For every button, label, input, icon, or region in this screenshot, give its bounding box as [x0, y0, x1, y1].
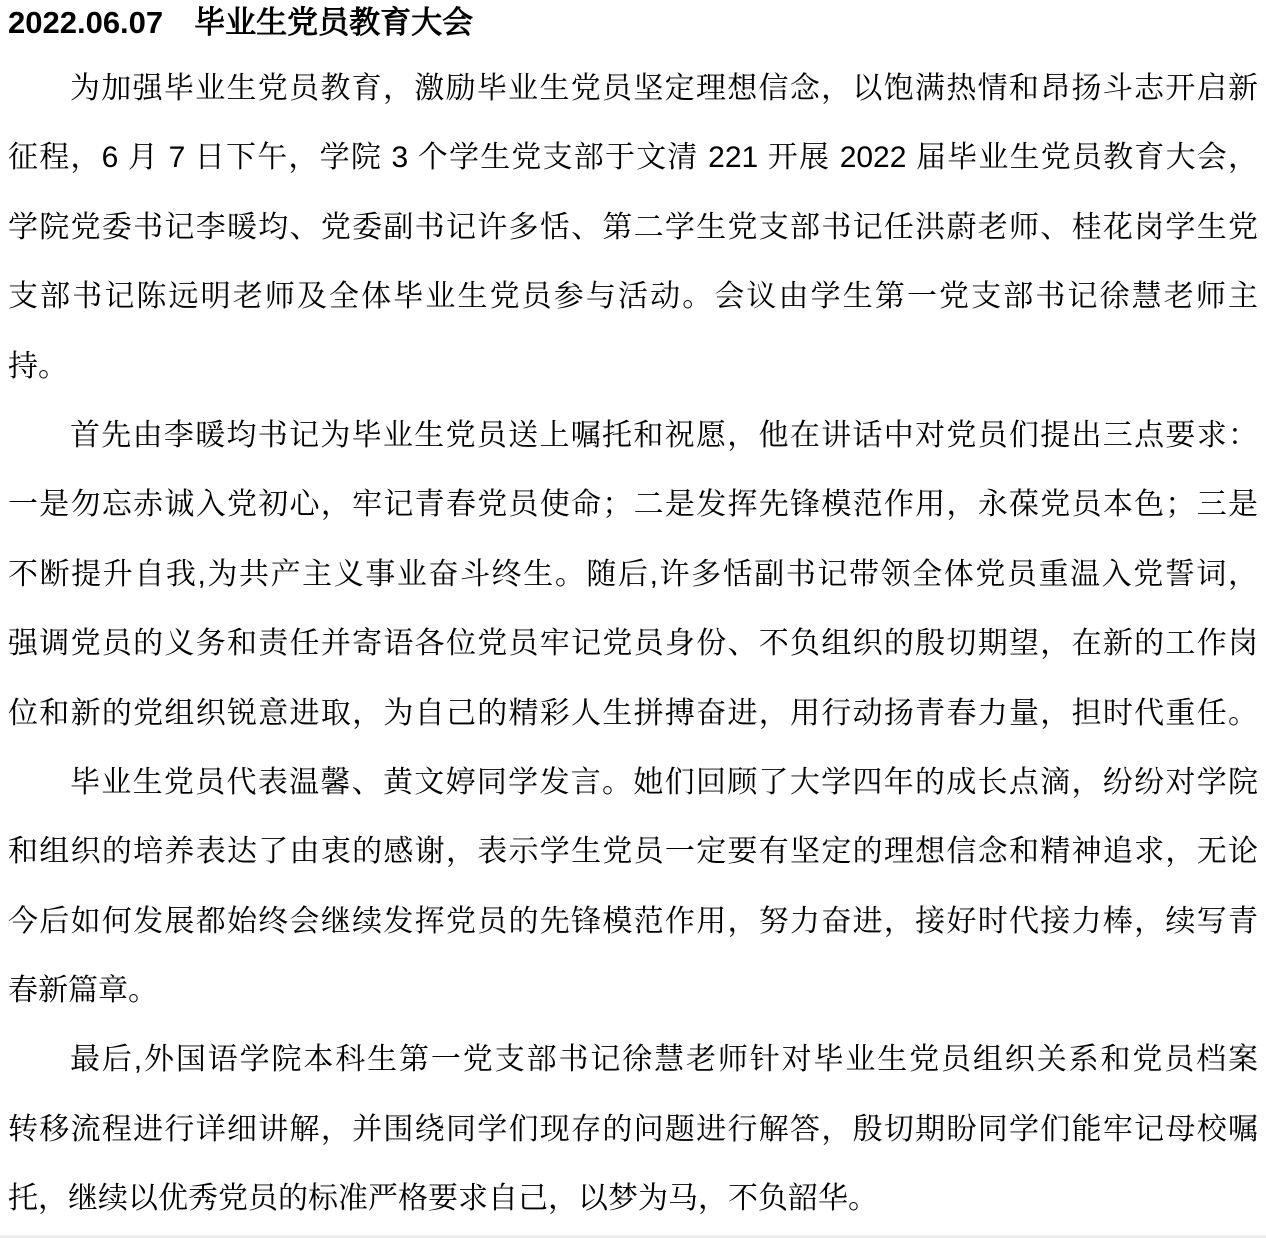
paragraph-line: 春新篇章。 — [8, 956, 1258, 1025]
paragraph-3: 毕业生党员代表温馨、黄文婷同学发言。她们回顾了大学四年的成长点滴，纷纷对学院 和… — [8, 748, 1258, 1026]
paragraph-line: 一是勿忘赤诚入党初心，牢记青春党员使命；二是发挥先锋模范作用，永葆党员本色；三是 — [8, 470, 1258, 539]
paragraph-4: 最后,外国语学院本科生第一党支部书记徐慧老师针对毕业生党员组织关系和党员档案 转… — [8, 1025, 1258, 1233]
paragraph-line: 毕业生党员代表温馨、黄文婷同学发言。她们回顾了大学四年的成长点滴，纷纷对学院 — [8, 748, 1258, 817]
paragraph-line: 转移流程进行详细讲解，并围绕同学们现存的问题进行解答，殷切期盼同学们能牢记母校嘱 — [8, 1095, 1258, 1164]
paragraph-line: 支部书记陈远明老师及全体毕业生党员参与活动。会议由学生第一党支部书记徐慧老师主 — [8, 262, 1258, 331]
paragraph-line: 和组织的培养表达了由衷的感谢，表示学生党员一定要有坚定的理想信念和精神追求，无论 — [8, 817, 1258, 886]
paragraph-line: 持。 — [8, 332, 1258, 401]
document-body: 为加强毕业生党员教育，激励毕业生党员坚定理想信念，以饱满热情和昂扬斗志开启新 征… — [0, 54, 1266, 1234]
page-title: 2022.06.07 毕业生党员教育大会 — [0, 0, 1266, 40]
paragraph-line: 托，继续以优秀党员的标准严格要求自己，以梦为马，不负韶华。 — [8, 1164, 1258, 1233]
paragraph-line: 征程，6 月 7 日下午，学院 3 个学生党支部于文清 221 开展 2022 … — [8, 123, 1258, 192]
paragraph-2: 首先由李暖均书记为毕业生党员送上嘱托和祝愿，他在讲话中对党员们提出三点要求： 一… — [8, 401, 1258, 748]
paragraph-line: 最后,外国语学院本科生第一党支部书记徐慧老师针对毕业生党员组织关系和党员档案 — [8, 1025, 1258, 1094]
paragraph-line: 为加强毕业生党员教育，激励毕业生党员坚定理想信念，以饱满热情和昂扬斗志开启新 — [8, 54, 1258, 123]
document-page: { "page": { "background_color": "#ffffff… — [0, 0, 1266, 1238]
paragraph-line: 不断提升自我,为共产主义事业奋斗终生。随后,许多恬副书记带领全体党员重温入党誓词… — [8, 540, 1258, 609]
paragraph-line: 学院党委书记李暖均、党委副书记许多恬、第二学生党支部书记任洪蔚老师、桂花岗学生党 — [8, 193, 1258, 262]
paragraph-line: 强调党员的义务和责任并寄语各位党员牢记党员身份、不负组织的殷切期望，在新的工作岗 — [8, 609, 1258, 678]
paragraph-line: 位和新的党组织锐意进取，为自己的精彩人生拼搏奋进，用行动扬青春力量，担时代重任。 — [8, 679, 1258, 748]
paragraph-1: 为加强毕业生党员教育，激励毕业生党员坚定理想信念，以饱满热情和昂扬斗志开启新 征… — [8, 54, 1258, 401]
paragraph-line: 今后如何发展都始终会继续发挥党员的先锋模范作用，努力奋进，接好时代接力棒，续写青 — [8, 887, 1258, 956]
paragraph-line: 首先由李暖均书记为毕业生党员送上嘱托和祝愿，他在讲话中对党员们提出三点要求： — [8, 401, 1258, 470]
